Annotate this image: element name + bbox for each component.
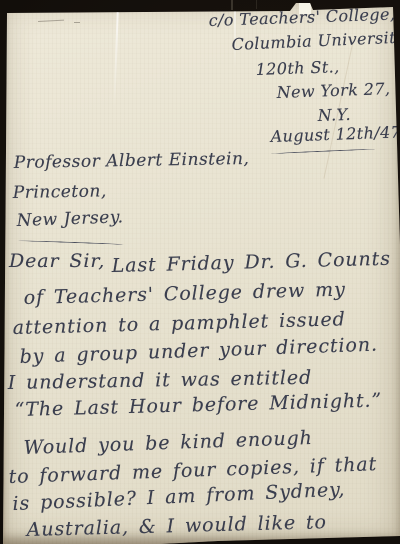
letter-line-recipient: Princeton,	[13, 181, 107, 203]
letter-line-date: August 12th/47.	[270, 122, 400, 146]
letter-line-header: Columbia University,	[231, 27, 400, 54]
letter-line-header: c/o Teachers' College,	[208, 4, 395, 30]
photo-background: c/o Teachers' College, Columbia Universi…	[0, 0, 400, 544]
letter-line-body: Last Friday Dr. G. Counts	[111, 248, 391, 277]
underline-stroke	[271, 148, 375, 154]
letter-line-body: by a group under your direction.	[19, 334, 378, 368]
letter-line-recipient: Professor Albert Einstein,	[14, 149, 250, 173]
letter-line-recipient: New Jersey.	[16, 207, 124, 231]
background-streak	[231, 0, 233, 10]
letter-line-body: attention to a pamphlet issued	[12, 308, 346, 339]
background-streak	[256, 0, 257, 9]
letter-paper: c/o Teachers' College, Columbia Universi…	[0, 0, 400, 544]
letter-line-header: New York 27,	[276, 79, 390, 102]
letter-line-body: I understand it was entitled	[8, 367, 313, 394]
letter-line-body: Australia, & I would like to	[26, 511, 327, 541]
paper-crease	[113, 12, 118, 108]
pencil-smudge	[74, 22, 80, 23]
letter-line-body: “The Last Hour before Midnight.”	[14, 389, 382, 421]
letter-line-body: of Teachers' College drew my	[23, 279, 346, 309]
letter-line-header: N.Y.	[317, 105, 351, 125]
pencil-smudge	[38, 20, 64, 22]
letter-line-body: Would you be kind enough	[23, 427, 313, 459]
letter-salutation: Dear Sir,	[9, 250, 105, 272]
underline-stroke	[18, 240, 124, 245]
letter-line-header: 120th St.,	[255, 57, 340, 79]
